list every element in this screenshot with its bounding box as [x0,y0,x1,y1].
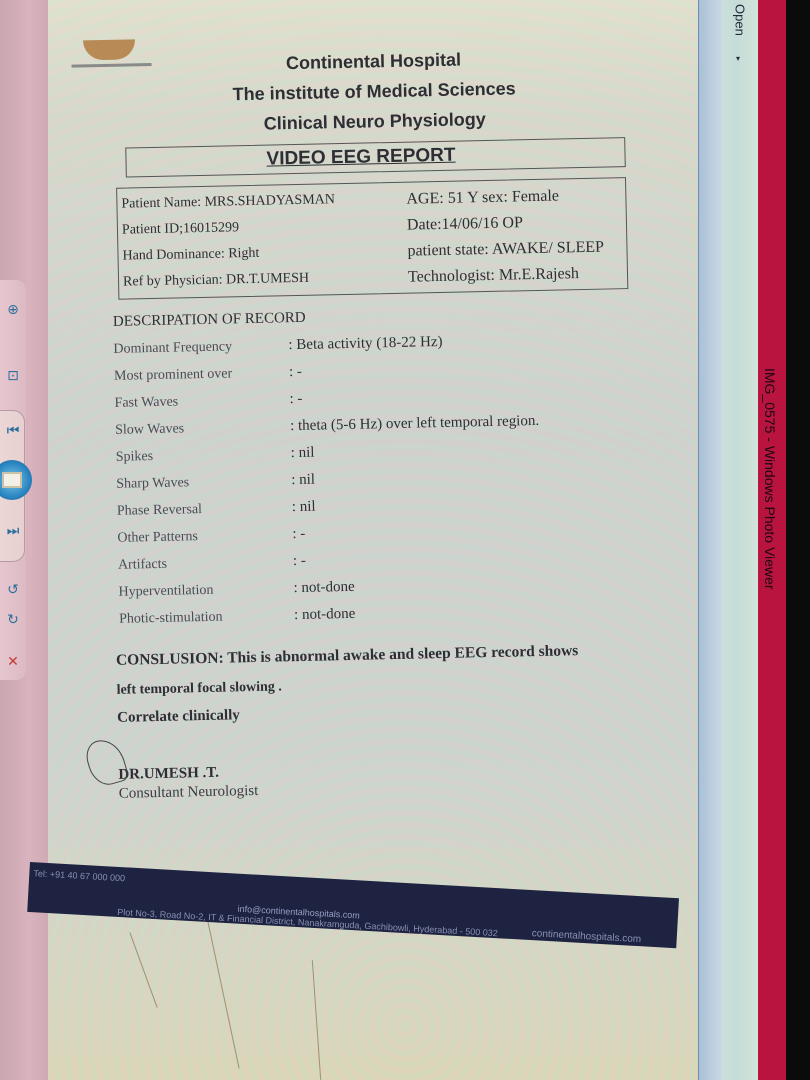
rotate-counterclockwise-icon[interactable]: ↺ [3,580,23,600]
description-value: : - [292,526,305,543]
description-label: Sharp Waves [112,473,291,493]
signature-block: DR.UMESH .T. Consultant Neurologist [118,754,719,803]
actual-size-icon[interactable]: ⊡ [3,366,23,386]
patient-name: Patient Name: MRS.SHADYASMAN [121,191,406,215]
description-value: : nil [291,472,315,489]
description-label: Hyperventilation [114,581,293,601]
description-label: Spikes [112,446,291,466]
viewer-command-bar [722,0,758,1080]
zoom-icon[interactable]: ⊕ [3,300,23,320]
rotate-clockwise-icon[interactable]: ↻ [3,610,23,630]
paper-stain [207,922,239,1069]
slideshow-icon [2,472,22,488]
description-title: DESCRIPATION OF RECORD [113,301,709,330]
signature-scribble [82,735,129,789]
description-list: Dominant Frequency: Beta activity (18-22… [109,328,715,638]
description-value: : - [289,391,302,408]
description-label: Fast Waves [110,392,289,412]
paper-stain [129,932,157,1008]
open-menu-button[interactable]: Open [722,4,758,74]
description-value: : - [293,553,306,570]
description-label: Dominant Frequency [109,338,288,358]
conclusion: CONSLUSION: This is abnormal awake and s… [116,633,717,706]
patient-state: patient state: AWAKE/ SLEEP [407,238,632,261]
patient-id: Patient ID;16015299 [122,217,407,241]
next-icon[interactable]: ⏭ [3,521,23,541]
previous-icon[interactable]: ⏮ [3,421,23,441]
hand-dominance: Hand Dominance: Right [122,243,407,267]
description-label: Slow Waves [111,419,290,439]
description-label: Artifacts [114,554,293,574]
description-value: : nil [291,445,315,462]
referring-physician: Ref by Physician: DR.T.UMESH [123,269,408,293]
description-label: Photic-stimulation [115,608,294,628]
description-label: Most prominent over [110,365,289,385]
patient-age-sex: AGE: 51 Y sex: Female [406,186,631,209]
delete-icon[interactable]: ✕ [3,652,23,672]
description-label: Phase Reversal [113,500,292,520]
paper-stain [312,960,321,1080]
monitor-bezel-right [786,0,810,1080]
description-value: : - [289,364,302,381]
window-title: IMG_0575 - Windows Photo Viewer [762,368,778,590]
report-title-box: VIDEO EEG REPORT [125,137,626,177]
viewer-scroll-edge [698,0,723,1080]
open-menu-label: Open [733,4,748,36]
chevron-down-icon[interactable]: ▾ [736,54,740,63]
report-title: VIDEO EEG REPORT [266,145,455,171]
technologist: Technologist: Mr.E.Rajesh [408,264,633,287]
patient-info-box: Patient Name: MRS.SHADYASMAN AGE: 51 Y s… [116,177,628,300]
description-value: : Beta activity (18-22 Hz) [288,334,442,354]
description-value: : not-done [294,606,356,624]
description-value: : nil [292,499,316,516]
footer-phone: Tel: +91 40 67 000 000 [33,868,125,883]
description-label: Other Patterns [113,527,292,547]
description-value: : not-done [293,579,355,597]
report-date: Date:14/06/16 OP [407,212,632,235]
eeg-report-document: Continental Hospital The institute of Me… [103,27,719,802]
